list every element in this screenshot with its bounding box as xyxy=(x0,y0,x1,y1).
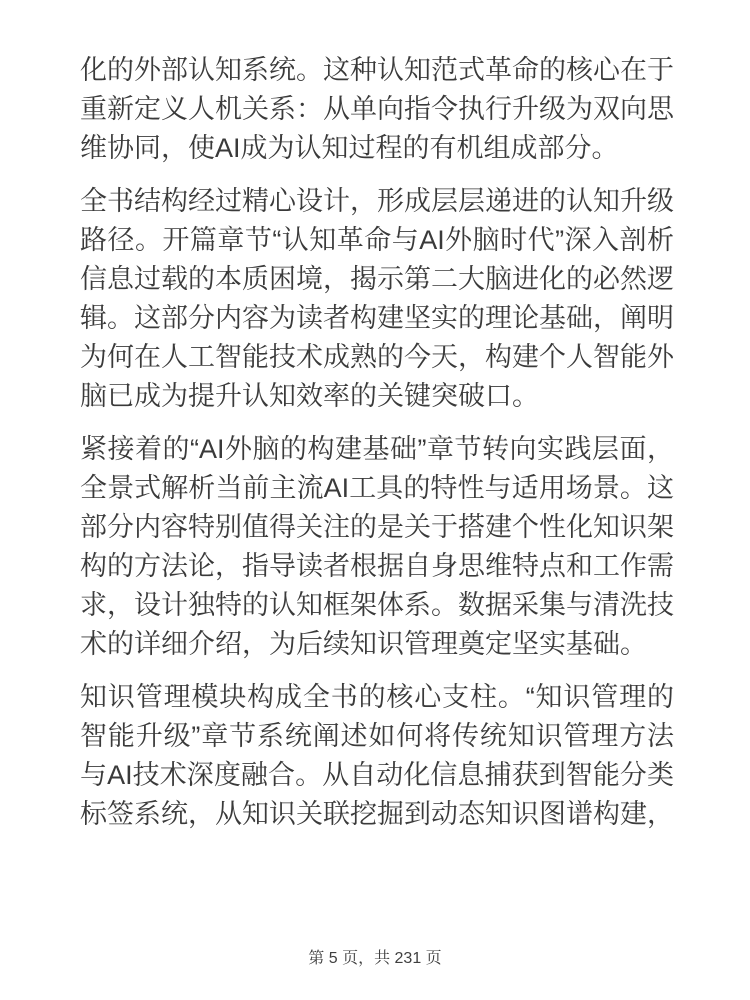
page-text-body: 化的外部认知系统。这种认知范式革命的核心在于重新定义人机关系：从单向指令执行升级… xyxy=(80,51,674,848)
document-page: 化的外部认知系统。这种认知范式革命的核心在于重新定义人机关系：从单向指令执行升级… xyxy=(0,0,750,1000)
paragraph-3: 紧接着的“AI外脑的构建基础”章节转向实践层面，全景式解析当前主流AI工具的特性… xyxy=(80,430,674,664)
paragraph-2: 全书结构经过精心设计，形成层层递进的认知升级路径。开篇章节“认知革命与AI外脑时… xyxy=(80,182,674,416)
paragraph-1: 化的外部认知系统。这种认知范式革命的核心在于重新定义人机关系：从单向指令执行升级… xyxy=(80,51,674,168)
page-number-indicator: 第 5 页，共 231 页 xyxy=(0,950,750,968)
paragraph-4: 知识管理模块构成全书的核心支柱。“知识管理的智能升级”章节系统阐述如何将传统知识… xyxy=(80,678,674,834)
